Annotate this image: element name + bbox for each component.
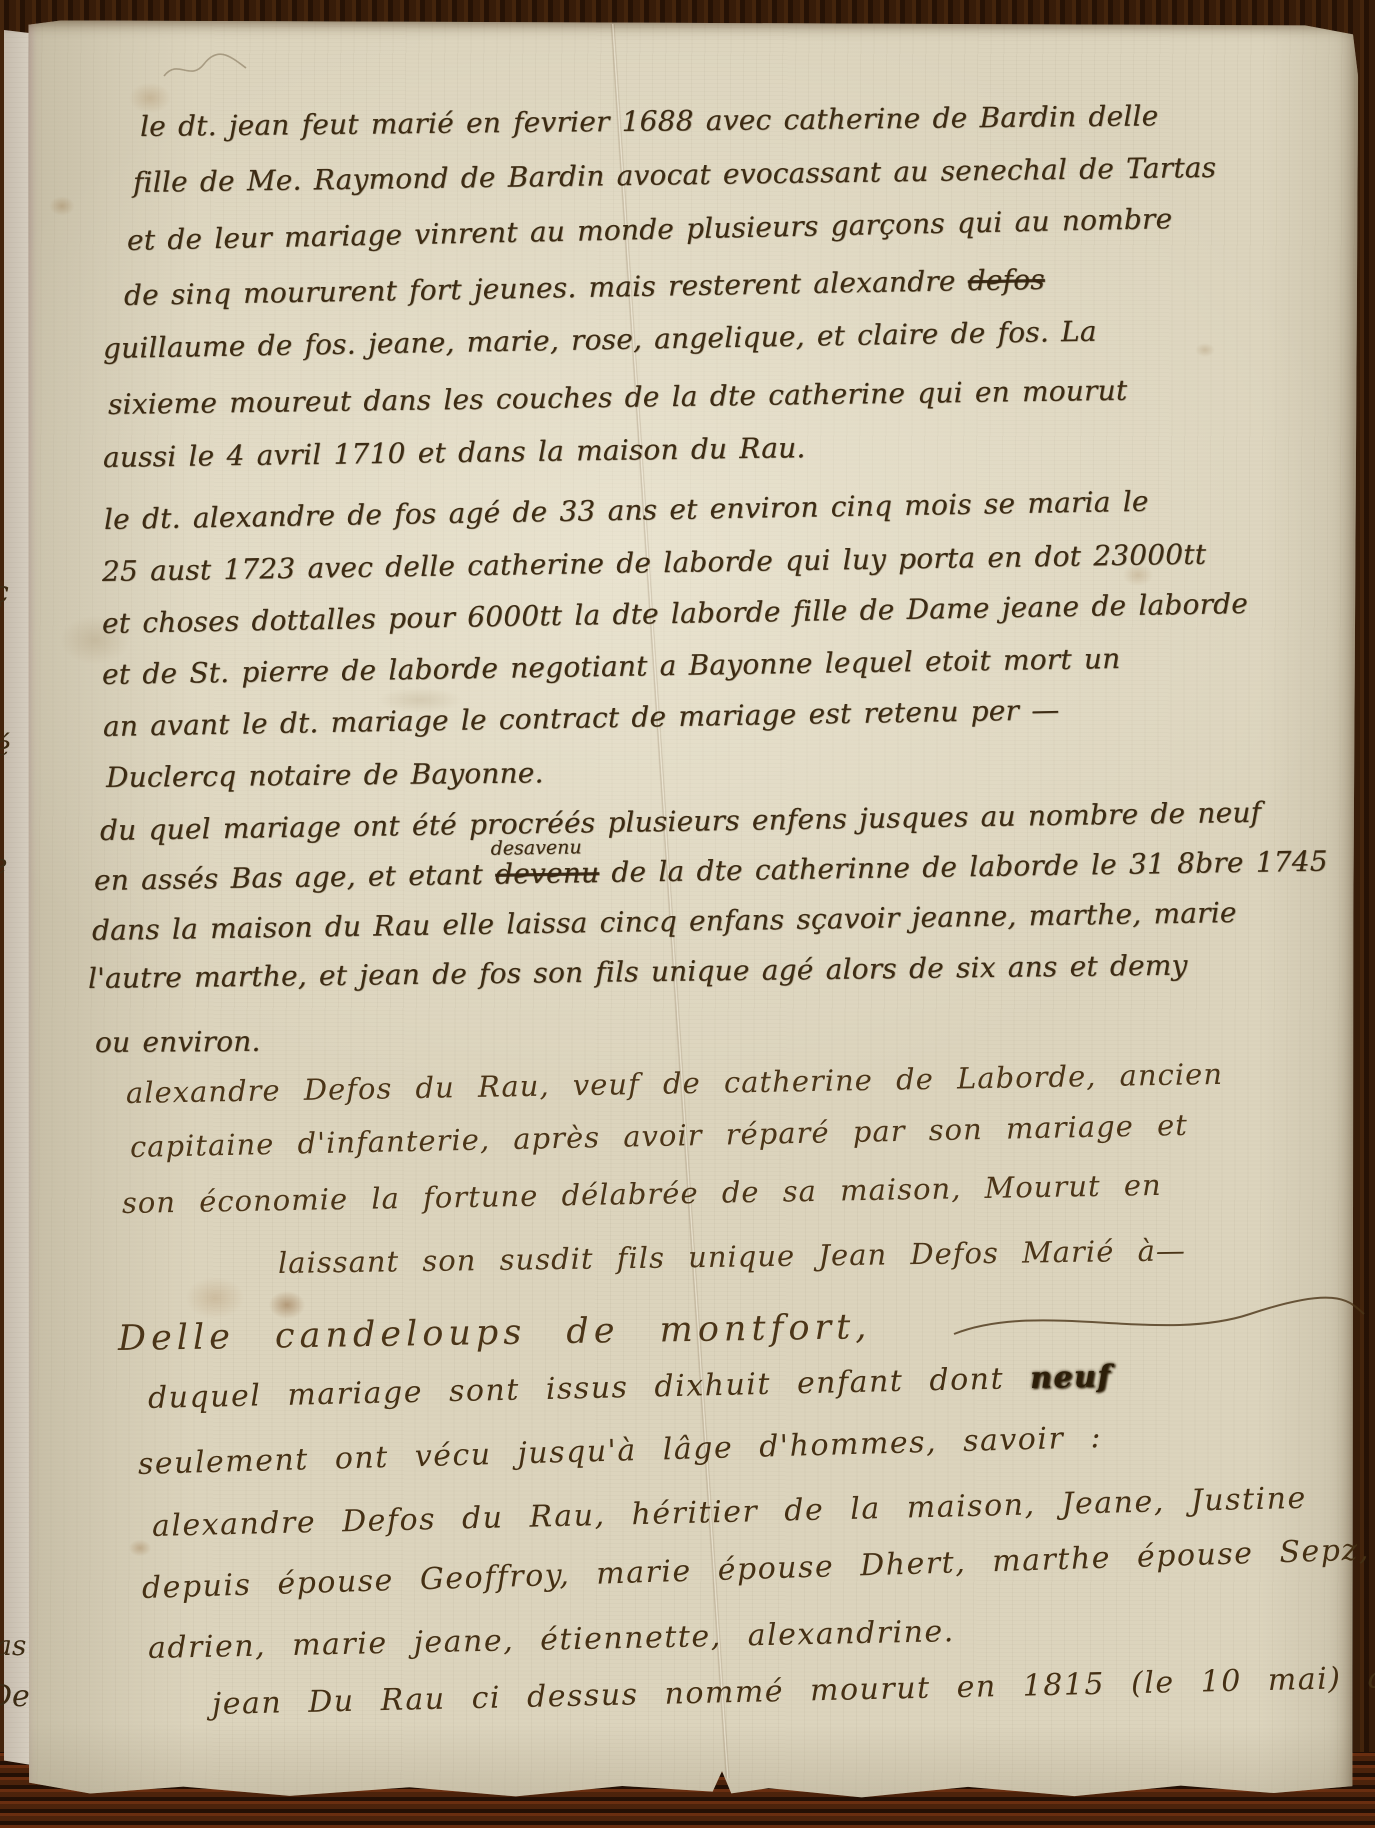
manuscript-line: alexandre Defos du Rau, veuf de catherin… [126, 1059, 1224, 1110]
manuscript-line: de sinq moururent fort jeunes. mais rest… [124, 265, 1045, 312]
pen-flourish [950, 1292, 1370, 1347]
manuscript-line: laissant son susdit fils unique Jean Def… [278, 1235, 1186, 1280]
manuscript-line: le dt. jean feut marié en fevrier 1688 a… [140, 101, 1159, 142]
manuscript-line: Duclercq notaire de Bayonne. [106, 758, 544, 793]
manuscript-line: an avant le dt. mariage le contract de m… [103, 695, 1060, 742]
manuscript-line: et de St. pierre de laborde negotiant a … [102, 644, 1121, 691]
line-text: duquel mariage sont issus dixhuit enfant… [148, 1361, 1031, 1416]
line-text: de sinq moururent fort jeunes. mais rest… [124, 264, 968, 312]
manuscript-line: ou environ. [95, 1027, 261, 1059]
manuscript-line: capitaine d'infanterie, après avoir répa… [130, 1110, 1189, 1164]
manuscript-line: aussi le 4 avril 1710 et dans la maison … [103, 433, 806, 474]
manuscript-line: sixieme moureut dans les couches de la d… [108, 376, 1128, 421]
faint-pen-marks [160, 48, 250, 88]
manuscript-photo: le dt. jean feut marié en fevrier 1688 a… [0, 0, 1375, 1828]
interlinear-insertion: desavenu [491, 837, 582, 859]
manuscript-line: guillaume de fos. jeane, marie, rose, an… [103, 317, 1097, 365]
manuscript-line: le dt. alexandre de fos agé de 33 ans et… [104, 487, 1149, 536]
manuscript-line: son économie la fortune délabrée de sa m… [122, 1170, 1162, 1220]
manuscript-line: depuis épouse Geoffroy, marie épouse Dhe… [141, 1533, 1370, 1605]
manuscript-line: duquel mariage sont issus dixhuit enfant… [148, 1360, 1112, 1415]
line-text: de la dte catherinne de laborde le 31 8b… [599, 845, 1328, 889]
correction: desavenudevenu [495, 858, 600, 890]
struck-word: devenu [495, 856, 600, 891]
manuscript-line: Delle candeloups de montfort, [118, 1308, 872, 1358]
manuscript-line: 25 aust 1723 avec delle catherine de lab… [102, 540, 1207, 588]
manuscript-line: adrien, marie jeane, étiennette, alexand… [148, 1615, 955, 1665]
manuscript-line: fille de Me. Raymond de Bardin avocat ev… [133, 153, 1217, 199]
manuscript-line: alexandre Defos du Rau, héritier de la m… [152, 1482, 1308, 1543]
manuscript-line: en assés Bas age, et etant desavenudeven… [94, 847, 1328, 897]
struck-word: defos [967, 263, 1045, 297]
margin-fragment: ç [0, 578, 9, 608]
manuscript-line: et choses dottalles pour 6000tt la dte l… [102, 589, 1249, 640]
margin-fragment: De [0, 1682, 30, 1712]
handwritten-text: le dt. jean feut marié en fevrier 1688 a… [0, 0, 1375, 1828]
manuscript-line: dans la maison du Rau elle laissa cincq … [92, 898, 1237, 947]
overwritten-word: neuf [1030, 1359, 1112, 1396]
manuscript-line: seulement ont vécu jusqu'à lâge d'hommes… [138, 1421, 1103, 1481]
margin-fragment: tas [0, 1632, 26, 1660]
manuscript-line: du quel mariage ont été procréés plusieu… [100, 798, 1262, 847]
margin-fragment: é [0, 732, 11, 760]
line-text: en assés Bas age, et etant [94, 858, 496, 897]
margin-fragment: e [0, 852, 7, 878]
manuscript-line: et de leur mariage vinrent au monde plus… [127, 204, 1173, 257]
manuscript-line: l'autre marthe, et jean de fos son fils … [88, 951, 1188, 995]
manuscript-line: jean Du Rau ci dessus nommé mourut en 18… [212, 1660, 1375, 1721]
